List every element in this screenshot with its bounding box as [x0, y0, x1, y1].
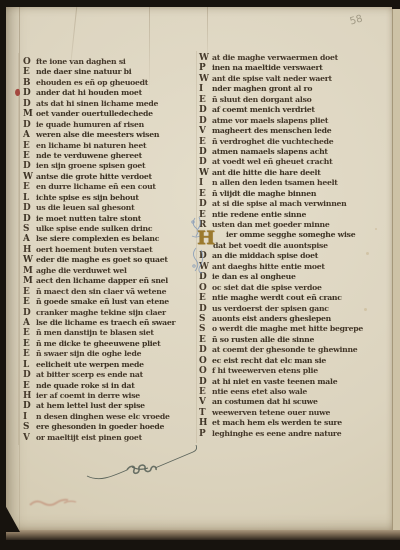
line-text: ntie maghe werdt cout eñ cranc [212, 293, 342, 302]
line-text: at coemt der ghesonde te ghewinne [212, 345, 357, 354]
line-text: us verdoerst der spisen ganc [212, 304, 329, 313]
verse-line: Aweren alse die meesters wisen [23, 130, 199, 140]
line-initial: D [199, 116, 212, 126]
verse-line: Die dan es al ongheue [199, 272, 385, 282]
line-text: ier af coemt in derre wise [36, 391, 140, 400]
line-text: ant daeghs hitte entie moet [212, 262, 325, 271]
line-text: n allen den leden tsamen heelt [212, 178, 338, 187]
line-text: ntie eens etet also wale [212, 387, 307, 396]
verse-line: Dan die middach spise doet [199, 251, 385, 261]
line-text: weren alse die meesters wisen [36, 130, 159, 139]
line-initial: E [23, 328, 36, 338]
line-initial: O [199, 283, 212, 293]
verse-line: Datmen namaels slapens acht [199, 147, 385, 157]
line-text: ñ verdroghet die vuchtechede [212, 137, 333, 146]
line-initial: E [23, 349, 36, 359]
verse-line: Entie redene entie sinne [199, 210, 385, 220]
line-text: ec eist recht dat elc man sie [212, 356, 326, 365]
line-text: ehouden es eñ op gheuoedt [36, 78, 148, 87]
manuscript-photo: { "page": { "folio_number": "58", "color… [0, 0, 400, 550]
line-text: atmen namaels slapens acht [212, 147, 328, 156]
verse-line: Maghe die verduwet wel [23, 266, 199, 276]
verse-line: Tweewerven tetene ouer nuwe [199, 408, 385, 418]
verse-line: Ende te verduwene ghereet [23, 151, 199, 161]
line-initial: D [199, 157, 212, 167]
verse-line: Een lichame bi naturen heet [23, 141, 199, 151]
line-text: fte ione van daghen si [36, 57, 126, 66]
verse-line: Alse siere complexien es belanc [23, 234, 199, 244]
line-initial: W [199, 74, 212, 84]
verse-line: Dat bitter scerp es ende nat [23, 370, 199, 380]
line-initial: M [23, 276, 36, 286]
red-smudge [28, 497, 80, 511]
line-initial: O [199, 356, 212, 366]
line-initial: I [199, 178, 212, 188]
line-text: ñ me dicke te gheeuwene pliet [36, 339, 160, 348]
verse-line: Daf coemt menich verdriet [199, 105, 385, 115]
line-initial: B [23, 78, 36, 88]
verse-line: Ofte ione van daghen si [23, 57, 199, 67]
verse-line: In allen den leden tsamen heelt [199, 178, 385, 188]
line-text: oet vander ouertulledechede [36, 109, 153, 118]
line-initial: D [199, 105, 212, 115]
line-text: or maeltijt eist pinen goet [36, 433, 142, 442]
verse-line: Eñ me dicke te gheeuwene pliet [23, 339, 199, 349]
line-initial: D [23, 99, 36, 109]
line-initial: E [199, 335, 212, 345]
line-initial: O [199, 366, 212, 376]
line-text: ñ men danstijn te blasen siet [36, 328, 154, 337]
line-initial: D [23, 214, 36, 224]
verse-line: Pleghinghe es eene andre nature [199, 429, 385, 439]
line-text: antse die grote hitte verdoet [36, 172, 152, 181]
line-text: at bitter scerp es ende nat [36, 370, 143, 379]
line-text: ñ so rusten alle die sinne [212, 335, 314, 344]
line-text: us die leuen sal ghesont [36, 203, 134, 212]
verse-line: Behouden es eñ op gheuoedt [23, 78, 199, 88]
line-text: ñ swaer sijn die oghe lede [36, 349, 141, 358]
verse-line: ier omme segghe someghe wise [199, 230, 385, 240]
line-text: ier omme segghe someghe wise [226, 230, 355, 239]
line-initial: H [199, 418, 212, 428]
verse-line: Ooc siet dat die spise verdoe [199, 283, 385, 293]
line-initial: D [199, 147, 212, 157]
line-initial: D [23, 370, 36, 380]
line-initial: V [23, 433, 36, 443]
line-text: atme vor maels slapens pliet [212, 116, 328, 125]
verse-line: Want die hitte die hare deelt [199, 168, 385, 178]
line-text: ñ goede smake eñ lust van etene [36, 297, 169, 306]
verse-line: Dcranker maghe tekine sijn claer [23, 308, 199, 318]
verse-line: Het mach hem els werden te sure [199, 418, 385, 428]
line-text: oert hoement buten verstaet [36, 245, 152, 254]
line-initial: D [199, 304, 212, 314]
verse-line: Moet vander ouertulledechede [23, 109, 199, 119]
gutter-crease [19, 7, 20, 530]
line-text: et mach hem els werden te sure [212, 418, 342, 427]
line-text: o werdt die maghe met hitte begrepe [212, 324, 363, 333]
text-column-right: H Wat die maghe verwaermen doetPinen na … [199, 53, 385, 439]
line-initial: A [23, 234, 36, 244]
line-initial: D [23, 308, 36, 318]
line-text: ander dat hi houden moet [36, 88, 142, 97]
line-initial: D [199, 377, 212, 387]
line-initial: O [23, 57, 36, 67]
line-text: aghe die verduwet wel [36, 266, 127, 275]
line-text: oc siet dat die spise verdoe [212, 283, 322, 292]
verse-line: Want die spise valt neder waert [199, 74, 385, 84]
line-text: aect den lichame dapper eñ snel [36, 276, 168, 285]
line-text: auonts eist anders gheslepen [212, 314, 331, 323]
line-text: cranker maghe tekine sijn claer [36, 308, 166, 317]
line-initial: E [23, 339, 36, 349]
line-initial: S [23, 422, 36, 432]
line-initial: W [199, 53, 212, 63]
verse-line: Maect den lichame dapper eñ snel [23, 276, 199, 286]
ruling-line [18, 53, 19, 445]
verse-line: Dander dat hi houden moet [23, 88, 199, 98]
verse-line: Leelicheit ute werpen mede [23, 360, 199, 370]
verse-line: Dien sijn groene spisen goet [23, 161, 199, 171]
line-initial: W [199, 168, 212, 178]
line-initial: E [23, 287, 36, 297]
line-text: nde te verduwene ghereet [36, 151, 142, 160]
line-text: ien sijn groene spisen goet [36, 161, 145, 170]
verse-line: Eñ so rusten alle die sinne [199, 335, 385, 345]
line-initial: A [23, 318, 36, 328]
line-text: nde quade roke si in dat [36, 381, 135, 390]
page-edge-right [392, 9, 400, 530]
line-initial: L [23, 360, 36, 370]
verse-line: Weder die maghe es goet so quaet [23, 255, 199, 265]
line-text: at si die spise al mach verwinnen [212, 199, 347, 208]
line-text: ñ vlijdt die maghe binnen [212, 189, 316, 198]
line-text: n desen dinghen wese elc vroede [36, 412, 170, 421]
verse-line: Inder maghen gront al ro [199, 84, 385, 94]
line-initial: W [23, 255, 36, 265]
verse-line: Die quade humuren af risen [23, 120, 199, 130]
line-initial: D [23, 203, 36, 213]
verse-line: Want daeghs hitte entie moet [199, 262, 385, 272]
line-text: en lichame bi naturen heet [36, 141, 146, 150]
line-text: usten dan met goeder minne [212, 220, 330, 229]
verse-line: Dat voedt wel eñ gheuet cracht [199, 157, 385, 167]
verse-line: Entie maghe werdt cout eñ cranc [199, 293, 385, 303]
line-initial: E [199, 387, 212, 397]
line-initial: M [23, 266, 36, 276]
line-initial: E [23, 182, 36, 192]
verse-line: Lichte spise es sijn behout [23, 193, 199, 203]
verse-line: Eñ sluut den dorgant also [199, 95, 385, 105]
verse-line: Dus verdoerst der spisen ganc [199, 304, 385, 314]
verse-line: Hier af coemt in derre wise [23, 391, 199, 401]
line-initial: S [199, 314, 212, 324]
verse-line: Eñ men danstijn te blasen siet [23, 328, 199, 338]
verse-line: Rusten dan met goeder minne [199, 220, 385, 230]
line-initial: I [23, 412, 36, 422]
line-initial: M [23, 109, 36, 119]
corner-shadow [0, 496, 20, 532]
line-text: ulke spise ende sulken drinc [36, 224, 152, 233]
verse-line: Eñ swaer sijn die oghe lede [23, 349, 199, 359]
verse-line: Vor maeltijt eist pinen goet [23, 433, 199, 443]
line-text: at hem lettel lust der spise [36, 401, 145, 410]
verse-line: In desen dinghen wese elc vroede [23, 412, 199, 422]
line-initial: T [199, 408, 212, 418]
verse-line: Eñ verdroghet die vuchtechede [199, 137, 385, 147]
verse-line: Alse die lichame es traech eñ swaer [23, 318, 199, 328]
verse-line: Een durre lichame eñ een cout [23, 182, 199, 192]
line-text: eder die maghe es goet so quaet [36, 255, 168, 264]
line-text: ñ sluut den dorgant also [212, 95, 312, 104]
line-text: ant die hitte die hare deelt [212, 168, 321, 177]
verse-line: Dat hem lettel lust der spise [23, 401, 199, 411]
line-initial: E [23, 381, 36, 391]
text-column-left: Ofte ione van daghen siEnde daer sine na… [23, 57, 199, 443]
line-initial: H [23, 391, 36, 401]
line-initial: S [23, 224, 36, 234]
line-initial: A [23, 130, 36, 140]
line-initial: V [199, 397, 212, 407]
line-initial: V [199, 126, 212, 136]
line-initial: E [23, 67, 36, 77]
line-text: ntie redene entie sinne [212, 210, 306, 219]
line-text: eelicheit ute werpen mede [36, 360, 144, 369]
line-initial: E [199, 137, 212, 147]
line-text: dat bet voedt die auontspise [213, 241, 328, 250]
verse-line: Eñ maect den sin claer vã wetene [23, 287, 199, 297]
line-text: ichte spise es sijn behout [36, 193, 139, 202]
line-text: ats dat hi sinen lichame mede [36, 99, 158, 108]
line-initial: S [199, 324, 212, 334]
line-text: ie quade humuren af risen [36, 120, 144, 129]
line-initial: E [23, 141, 36, 151]
verse-line: Oec eist recht dat elc man sie [199, 356, 385, 366]
line-text: lse siere complexien es belanc [36, 234, 159, 243]
line-initial: L [23, 193, 36, 203]
verse-line: Hoert hoement buten verstaet [23, 245, 199, 255]
line-initial: E [23, 151, 36, 161]
line-text: at voedt wel eñ gheuet cracht [212, 157, 332, 166]
verse-line: Van costumen dat hi scuwe [199, 397, 385, 407]
line-initial: E [23, 297, 36, 307]
verse-line: So werdt die maghe met hitte begrepe [199, 324, 385, 334]
verse-line: Entie eens etet also wale [199, 387, 385, 397]
line-text: an costumen dat hi scuwe [212, 397, 318, 406]
line-initial: P [199, 429, 212, 439]
line-text: ñ maect den sin claer vã wetene [36, 287, 166, 296]
line-initial: E [199, 95, 212, 105]
verse-line: Dat coemt der ghesonde te ghewinne [199, 345, 385, 355]
verse-line: Sere ghesonden in goeder hoede [23, 422, 199, 432]
line-text: weewerven tetene ouer nuwe [212, 408, 330, 417]
verse-line: Vmagheert des menschen lede [199, 126, 385, 136]
line-text: nder maghen gront al ro [212, 84, 312, 93]
verse-line: Pinen na maeltide verswaert [199, 63, 385, 73]
line-text: at hi niet en vaste teenen male [212, 377, 337, 386]
decorated-initial: H [197, 227, 215, 249]
verse-line: Dat hi niet en vaste teenen male [199, 377, 385, 387]
verse-line: Sauonts eist anders gheslepen [199, 314, 385, 324]
verse-line: Eñ goede smake eñ lust van etene [23, 297, 199, 307]
line-text: ie dan es al ongheue [212, 272, 296, 281]
verse-line: Die moet nutten talre stont [23, 214, 199, 224]
line-text: inen na maeltide verswaert [212, 63, 323, 72]
verse-line: Ende daer sine natuur bi [23, 67, 199, 77]
line-text: f hi tweewerven etens plie [212, 366, 318, 375]
line-text: magheert des menschen lede [212, 126, 331, 135]
line-text: ie moet nutten talre stont [36, 214, 141, 223]
line-initial: D [199, 199, 212, 209]
line-initial: I [199, 84, 212, 94]
line-text: an die middach spise doet [212, 251, 318, 260]
verse-line: Of hi tweewerven etens plie [199, 366, 385, 376]
verse-line: Wantse die grote hitte verdoet [23, 172, 199, 182]
verse-line: Datme vor maels slapens pliet [199, 116, 385, 126]
line-text: lse die lichame es traech eñ swaer [36, 318, 175, 327]
verse-line: Eñ vlijdt die maghe binnen [199, 189, 385, 199]
line-initial: D [199, 345, 212, 355]
line-initial: D [23, 401, 36, 411]
line-initial: E [199, 189, 212, 199]
line-text: leghinghe es eene andre nature [212, 429, 341, 438]
verse-line: Dats dat hi sinen lichame mede [23, 99, 199, 109]
line-initial: W [23, 172, 36, 182]
line-initial: H [23, 245, 36, 255]
line-text: af coemt menich verdriet [212, 105, 315, 114]
book-edge-bottom [6, 530, 400, 540]
line-text: en durre lichame eñ een cout [36, 182, 156, 191]
line-initial: D [23, 88, 36, 98]
verse-line: Sulke spise ende sulken drinc [23, 224, 199, 234]
line-initial: D [23, 161, 36, 171]
verse-line: Dus die leuen sal ghesont [23, 203, 199, 213]
line-text: at die maghe verwaermen doet [212, 53, 338, 62]
line-initial: P [199, 63, 212, 73]
line-text: ere ghesonden in goeder hoede [36, 422, 164, 431]
verse-line: Ende quade roke si in dat [23, 381, 199, 391]
line-initial: E [199, 293, 212, 303]
line-initial: D [23, 120, 36, 130]
line-text: ant die spise valt neder waert [212, 74, 332, 83]
verse-line: dat bet voedt die auontspise [199, 241, 385, 251]
verse-line: Dat si die spise al mach verwinnen [199, 199, 385, 209]
line-text: nde daer sine natuur bi [36, 67, 131, 76]
pen-trial-scribble [83, 445, 203, 483]
verse-line: Wat die maghe verwaermen doet [199, 53, 385, 63]
